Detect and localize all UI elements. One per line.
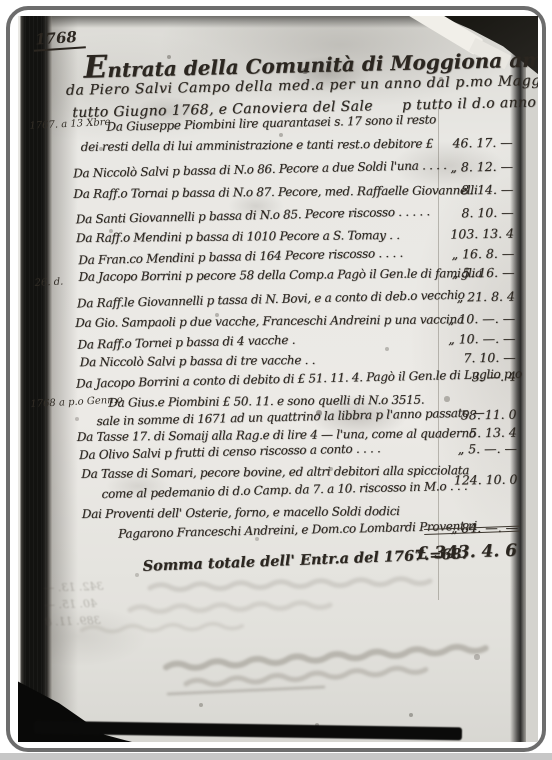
ledger-entry: Da Jacopo Borrini a conto di debito di £… bbox=[18, 368, 538, 375]
entry-amount: 8. 10. — bbox=[440, 205, 514, 221]
entry-amount: „ 5. —. — bbox=[443, 441, 517, 457]
ledger-entry: Da Gio. Sampaoli p due vacche, Francesch… bbox=[18, 310, 537, 317]
entry-text: Da Raff.o Mendini p bassa di 1010 Pecore… bbox=[76, 228, 400, 245]
entry-text: Da Olivo Salvi p frutti di censo riscoss… bbox=[79, 441, 381, 462]
entry-text: Da Fran.co Mendini p bassa di 164 Pecore… bbox=[78, 246, 403, 267]
entry-amount: 124. 10. 0 bbox=[443, 472, 517, 488]
entry-amount: „ 8. 12. — bbox=[439, 159, 513, 175]
entry-amount: „ 5. 16. — bbox=[440, 265, 514, 281]
entry-text: Da Niccolò Salvi p bassa di tre vacche .… bbox=[80, 353, 316, 369]
margin-date: 26. d. bbox=[34, 276, 63, 288]
entry-text: dei resti della di lui amministrazione e… bbox=[81, 137, 433, 154]
entry-text: Da Raff.o Tornei p bassa di 4 vacche . bbox=[77, 333, 295, 352]
handwritten-content: 1768 Entrata della Comunità di Moggiona … bbox=[18, 16, 538, 742]
entry-amount: 5. 13. 4 bbox=[443, 425, 517, 441]
entry-text: Da Tasse di Somari, pecore bovine, ed al… bbox=[81, 463, 469, 481]
ledger-entry: Da Raff.o Tornai p bassa di N.o 87. Peco… bbox=[18, 181, 535, 188]
entry-text: Da Raff.o Tornai p bassa di N.o 87. Peco… bbox=[73, 183, 477, 201]
entry-text: Da Tasse 17. di Somaij alla Rag.e di lir… bbox=[77, 426, 476, 444]
ledger-entry: Da Raff.le Giovannelli p tassa di N. Bov… bbox=[18, 288, 537, 295]
ledger-entry: Da Santi Giovannelli p bassa di N.o 85. … bbox=[18, 204, 536, 211]
ledger-entry: Da Raff.o Mendini p bassa di 1010 Pecore… bbox=[18, 225, 536, 232]
ledger-entry: Da Raff.o Tornei p bassa di 4 vacche . „… bbox=[18, 330, 537, 337]
entry-text: Da Gio. Sampaoli p due vacche, Francesch… bbox=[75, 312, 464, 330]
screenshot-stage: 342. 13. — 40. 15. — 389. 11. 8 1768 Ent… bbox=[0, 0, 552, 760]
entry-amount: „ 16. 8. — bbox=[440, 246, 514, 262]
margin-date: 1767. a 13 Xbre bbox=[29, 117, 111, 132]
entry-text: Da Raff.le Giovannelli p tassa di N. Bov… bbox=[77, 288, 465, 311]
entry-text: come al pedemanio di d.o Camp. da 7. a 1… bbox=[101, 479, 467, 501]
ledger-entry: Da Tasse di Somari, pecore bovine, ed al… bbox=[19, 461, 538, 468]
entry-text: Dai Proventi dell' Osterie, forno, e mac… bbox=[82, 504, 400, 521]
entry-amount: 103. 13. 4 bbox=[440, 226, 514, 242]
page-year: 1768 bbox=[33, 27, 86, 51]
entry-text: Da Santi Giovannelli p bassa di N.o 85. … bbox=[76, 204, 430, 226]
entry-amount: 3. —. 4 bbox=[442, 369, 516, 385]
entry-amount: 58. 11. 0 bbox=[442, 407, 516, 423]
entry-text: Da Jacopo Borrini p pecore 58 della Comp… bbox=[78, 266, 482, 284]
entry-amount: 46. 17. — bbox=[439, 135, 513, 151]
window-edge-bar bbox=[0, 753, 552, 760]
entry-text: Da Niccolò Salvi p bassa di N.o 86. Peco… bbox=[73, 158, 447, 180]
manuscript-photo: 342. 13. — 40. 15. — 389. 11. 8 1768 Ent… bbox=[18, 16, 538, 742]
ledger-entry: dei resti della di lui amministrazione e… bbox=[18, 134, 535, 141]
entry-amount: „ 21. 8. 4 bbox=[441, 289, 515, 305]
ledger-entry: Da Niccolò Salvi p bassa di N.o 86. Peco… bbox=[18, 158, 535, 165]
ledger-entry: 1768 a p.o Genn.o Da Gius.e Piombini £ 5… bbox=[18, 390, 538, 397]
entry-amount: 7. 10. — bbox=[442, 350, 516, 366]
ledger-entry: Dai Proventi dell' Osterie, forno, e mac… bbox=[20, 501, 538, 508]
entry-amount: 8. 14. — bbox=[439, 182, 513, 198]
entry-amount: „ 10. —. — bbox=[441, 331, 515, 347]
entry-amount: „ 10. —. — bbox=[441, 311, 515, 327]
total-amount: £ 343. 4. 6 bbox=[416, 541, 517, 564]
ledger-entry: Da Fran.co Mendini p bassa di 164 Pecore… bbox=[18, 245, 536, 252]
